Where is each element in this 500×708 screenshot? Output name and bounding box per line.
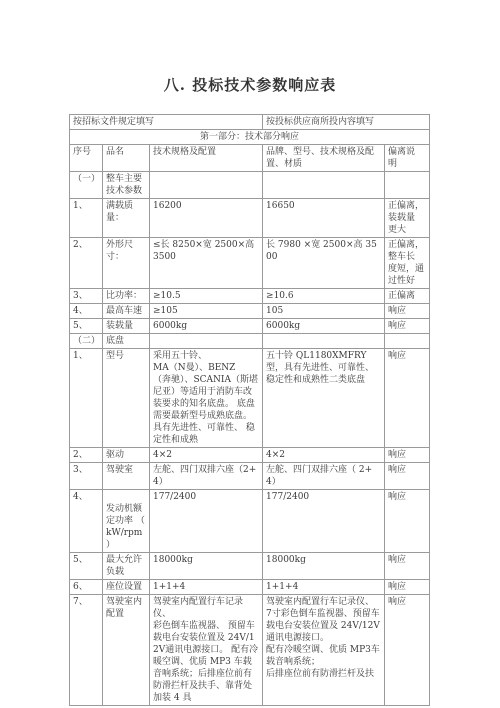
cell-required-spec: 16200 — [150, 199, 263, 238]
table-row-column-headers: 序号 品名 技术规格及配置 品牌、型号、技术规格及配置、材质 偏离说 明 — [70, 145, 430, 172]
cell-product-name: 座位设置 — [103, 580, 150, 595]
cell-required-spec: 4×2 — [150, 448, 263, 463]
cell-bid-response: 左舵、四门双排六座（ 2+ 4） — [263, 463, 385, 490]
cell-deviation-note: 响应 — [385, 448, 430, 463]
table-row: 5、 最大允许 负载 18000kg 18000kg 响应 — [70, 553, 430, 580]
cell-deviation-note: 响应 — [385, 349, 430, 448]
cell-bid-response: 1+1+4 — [263, 580, 385, 595]
cell-deviation-note: 响应 — [385, 580, 430, 595]
bid-parameters-table: 按招标文件规定填写 按投标供应商所投内容填写 第一部分：技术部分响应 序号 品名… — [69, 114, 430, 706]
cell-deviation-note: 响应 — [385, 595, 430, 706]
cell-bid-response: 105 — [263, 304, 385, 319]
cell-product-name: 最大允许 负载 — [103, 553, 150, 580]
cell-product-name: 比功率： — [103, 289, 150, 304]
column-header-product-name: 品名 — [103, 145, 150, 172]
cell-serial: 2、 — [70, 238, 103, 289]
cell-serial: 3、 — [70, 289, 103, 304]
cell-product-name: 底盘 — [103, 334, 150, 349]
cell-deviation-note: 响应 — [385, 463, 430, 490]
cell-required-spec: 177/2400 — [150, 490, 263, 553]
cell-product-name: 外形尺 寸： — [103, 238, 150, 289]
cell-required-spec: 18000kg — [150, 553, 263, 580]
cell-required-spec: 左舵、四门双排六座（2+4） — [150, 463, 263, 490]
cell-serial: 4、 — [70, 304, 103, 319]
cell-required-spec: ≤长 8250×宽 2500×高 3500 — [150, 238, 263, 289]
cell-bid-response: 五十铃 QL1180XMFRY型，具有先进性、可靠性、稳定性和成熟性二类底盘 — [263, 349, 385, 448]
cell-product-name: 发动机额 定功率 （ kW/rpm ） — [103, 490, 150, 553]
table-row: 2、 外形尺 寸： ≤长 8250×宽 2500×高 3500 长 7980 ×… — [70, 238, 430, 289]
cell-serial: 7、 — [70, 595, 103, 706]
table-row: 4、 最高车速 ≥105 105 响应 — [70, 304, 430, 319]
table-row: （二） 底盘 — [70, 334, 430, 349]
table-row: （一） 整车主要 技术参数 — [70, 172, 430, 199]
column-header-bid-content: 品牌、型号、技术规格及配置、材质 — [263, 145, 385, 172]
cell-bid-response: 4×2 — [263, 448, 385, 463]
page-title: 八. 投标技术参数响应表 — [0, 74, 500, 95]
cell-product-name: 整车主要 技术参数 — [103, 172, 150, 199]
fill-instruction-left: 按招标文件规定填写 — [70, 115, 263, 130]
cell-serial: 5、 — [70, 553, 103, 580]
cell-required-spec: ≥105 — [150, 304, 263, 319]
cell-deviation-note: 响应 — [385, 490, 430, 553]
cell-serial: 1、 — [70, 199, 103, 238]
cell-deviation-note — [385, 334, 430, 349]
cell-bid-response: ≥10.6 — [263, 289, 385, 304]
table-row: 1、 型号 采用五十铃、 MA（N曼）、BENZ （奔驰）、SCANIA（斯堪尼… — [70, 349, 430, 448]
cell-serial: （一） — [70, 172, 103, 199]
table-row: 2、 驱动 4×2 4×2 响应 — [70, 448, 430, 463]
cell-product-name: 型号 — [103, 349, 150, 448]
column-header-spec: 技术规格及配置 — [150, 145, 263, 172]
cell-bid-response: 长 7980 ×宽 2500×高 3500 — [263, 238, 385, 289]
cell-product-name: 驾驶室 — [103, 463, 150, 490]
cell-serial: 5、 — [70, 319, 103, 334]
cell-bid-response: 16650 — [263, 199, 385, 238]
table-row: 6、 座位设置 1+1+4 1+1+4 响应 — [70, 580, 430, 595]
cell-bid-response — [263, 334, 385, 349]
cell-deviation-note: 正偏离， 装载量 更大 — [385, 199, 430, 238]
fill-instruction-right: 按投标供应商所投内容填写 — [263, 115, 430, 130]
table-row-part-title: 第一部分：技术部分响应 — [70, 130, 430, 145]
cell-serial: 2、 — [70, 448, 103, 463]
cell-deviation-note: 响应 — [385, 304, 430, 319]
cell-required-spec: 驾驶室内配置行车记录仪、 彩色倒车监视器、 预留车载电台安装位置及 24V/12… — [150, 595, 263, 706]
cell-required-spec — [150, 172, 263, 199]
cell-product-name: 最高车速 — [103, 304, 150, 319]
cell-deviation-note: 响应 — [385, 319, 430, 334]
table-row-fill-instructions: 按招标文件规定填写 按投标供应商所投内容填写 — [70, 115, 430, 130]
table-row: 3、 比功率： ≥10.5 ≥10.6 正偏离 — [70, 289, 430, 304]
cell-required-spec — [150, 334, 263, 349]
cell-deviation-note: 响应 — [385, 553, 430, 580]
cell-serial: 4、 — [70, 490, 103, 553]
table-row: 3、 驾驶室 左舵、四门双排六座（2+4） 左舵、四门双排六座（ 2+ 4） 响… — [70, 463, 430, 490]
cell-serial: 6、 — [70, 580, 103, 595]
cell-product-name: 驾驶室内 配置 — [103, 595, 150, 706]
cell-product-name: 驱动 — [103, 448, 150, 463]
cell-product-name: 装载量 — [103, 319, 150, 334]
table-row: 7、 驾驶室内 配置 驾驶室内配置行车记录仪、 彩色倒车监视器、 预留车载电台安… — [70, 595, 430, 706]
part-title: 第一部分：技术部分响应 — [70, 130, 430, 145]
cell-required-spec: 6000kg — [150, 319, 263, 334]
cell-bid-response: 18000kg — [263, 553, 385, 580]
cell-product-name: 满载质 量： — [103, 199, 150, 238]
table-row: 5、 装载量 6000kg 6000kg 响应 — [70, 319, 430, 334]
cell-deviation-note — [385, 172, 430, 199]
cell-serial: 1、 — [70, 349, 103, 448]
column-header-deviation: 偏离说 明 — [385, 145, 430, 172]
cell-serial: （二） — [70, 334, 103, 349]
cell-deviation-note: 正偏离， 整车长 度短，通 过性好 — [385, 238, 430, 289]
cell-bid-response — [263, 172, 385, 199]
cell-bid-response: 驾驶室内配置行车记录仪、 7寸彩色倒车监视器、预留车载电台安装位置及 24V/1… — [263, 595, 385, 706]
cell-serial: 3、 — [70, 463, 103, 490]
cell-required-spec: 1+1+4 — [150, 580, 263, 595]
cell-deviation-note: 正偏离 — [385, 289, 430, 304]
table-row: 1、 满载质 量： 16200 16650 正偏离， 装载量 更大 — [70, 199, 430, 238]
document-page: 八. 投标技术参数响应表 按招标文件规定填写 按投标供应商所投内容填写 第一部分… — [0, 0, 500, 708]
table-row: 4、 发动机额 定功率 （ kW/rpm ） 177/2400 177/2400… — [70, 490, 430, 553]
cell-bid-response: 177/2400 — [263, 490, 385, 553]
column-header-serial: 序号 — [70, 145, 103, 172]
cell-bid-response: 6000kg — [263, 319, 385, 334]
cell-required-spec: 采用五十铃、 MA（N曼）、BENZ （奔驰）、SCANIA（斯堪尼亚）等适用于… — [150, 349, 263, 448]
cell-required-spec: ≥10.5 — [150, 289, 263, 304]
